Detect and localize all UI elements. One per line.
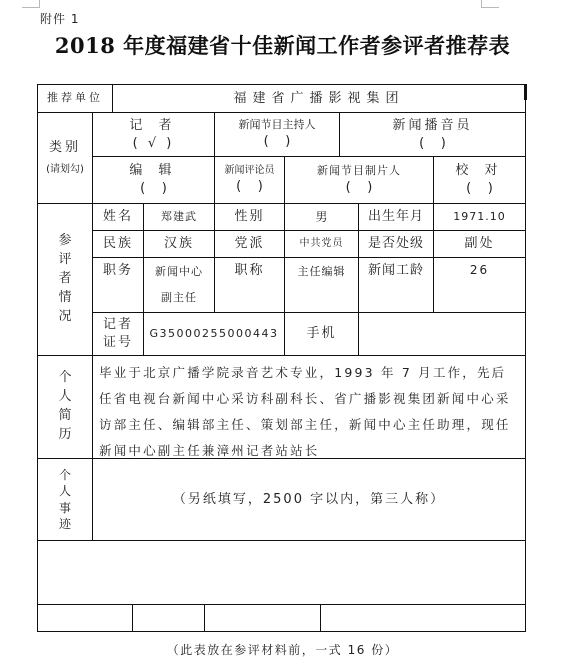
achievements-section-label: 个 人 事 迹 — [37, 458, 93, 541]
ethnicity-label: 民族 — [92, 230, 144, 258]
news-years-value[interactable]: 26 — [433, 257, 526, 313]
birth-label: 出生年月 — [358, 203, 434, 231]
category-option-announcer[interactable]: 新闻播音员 ( ) — [339, 112, 526, 157]
attachment-label: 附件 1 — [40, 10, 79, 27]
mobile-value[interactable] — [358, 312, 526, 356]
news-years-label: 新闻工龄 — [358, 257, 434, 313]
category-option-reporter[interactable]: 记 者 ( √ ) — [92, 112, 215, 157]
press-card-value[interactable]: G35000255000443 — [143, 312, 285, 356]
professional-title-label: 职称 — [214, 257, 285, 313]
bottom-cell-3[interactable] — [204, 604, 321, 632]
category-option-commentator[interactable]: 新闻评论员 ( ) — [214, 156, 285, 204]
professional-title-value[interactable]: 主任编辑 — [284, 257, 359, 313]
category-option-producer[interactable]: 新闻节目制片人 ( ) — [284, 156, 434, 204]
category-label: 类别 — [49, 139, 81, 157]
footer-note: （此表放在参评材料前，一式 16 份） — [0, 641, 565, 658]
bottom-cell-4[interactable] — [320, 604, 526, 632]
press-card-label: 记者 证号 — [92, 312, 144, 356]
recommending-unit-value[interactable]: 福建省广播影视集团 — [112, 84, 526, 113]
bottom-cell-2[interactable] — [132, 604, 205, 632]
gender-value[interactable]: 男 — [284, 203, 359, 231]
achievements-text[interactable]: （另纸填写，2500 字以内，第三人称） — [92, 458, 526, 541]
page-corner-mark-right — [481, 0, 499, 8]
category-hint: (请划勾) — [46, 163, 84, 177]
birth-value[interactable]: 1971.10 — [433, 203, 526, 231]
name-value[interactable]: 郑建武 — [143, 203, 215, 231]
gender-label: 性别 — [214, 203, 285, 231]
party-value[interactable]: 中共党员 — [284, 230, 359, 258]
position-value[interactable]: 新闻中心 副主任 — [143, 257, 215, 313]
category-option-editor[interactable]: 编 辑 ( ) — [92, 156, 215, 204]
page-corner-mark-left — [22, 0, 40, 8]
resume-section-label: 个 人 简 历 — [37, 355, 93, 459]
category-option-proofreader[interactable]: 校 对 ( ) — [433, 156, 526, 204]
blank-area[interactable] — [37, 540, 526, 605]
ethnicity-value[interactable]: 汉族 — [143, 230, 215, 258]
category-option-host[interactable]: 新闻节目主持人 ( ) — [214, 112, 340, 157]
division-level-label: 是否处级 — [358, 230, 434, 258]
category-label-cell: 类别 (请划勾) — [37, 112, 93, 204]
mobile-label: 手机 — [284, 312, 359, 356]
table-edge-mark — [524, 84, 527, 100]
recommending-unit-label: 推荐单位 — [37, 84, 113, 113]
division-level-value[interactable]: 副处 — [433, 230, 526, 258]
reporter-checkmark: ( √ ) — [133, 135, 175, 153]
resume-text[interactable]: 毕业于北京广播学院录音艺术专业，1993 年 7 月工作，先后任省电视台新闻中心… — [92, 355, 526, 459]
document-title: 2018 年度福建省十佳新闻工作者参评者推荐表 — [0, 30, 565, 60]
position-label: 职务 — [92, 257, 144, 313]
name-label: 姓名 — [92, 203, 144, 231]
bottom-cell-1[interactable] — [37, 604, 133, 632]
party-label: 党派 — [214, 230, 285, 258]
candidate-section-label: 参 评 者 情 况 — [37, 203, 93, 356]
